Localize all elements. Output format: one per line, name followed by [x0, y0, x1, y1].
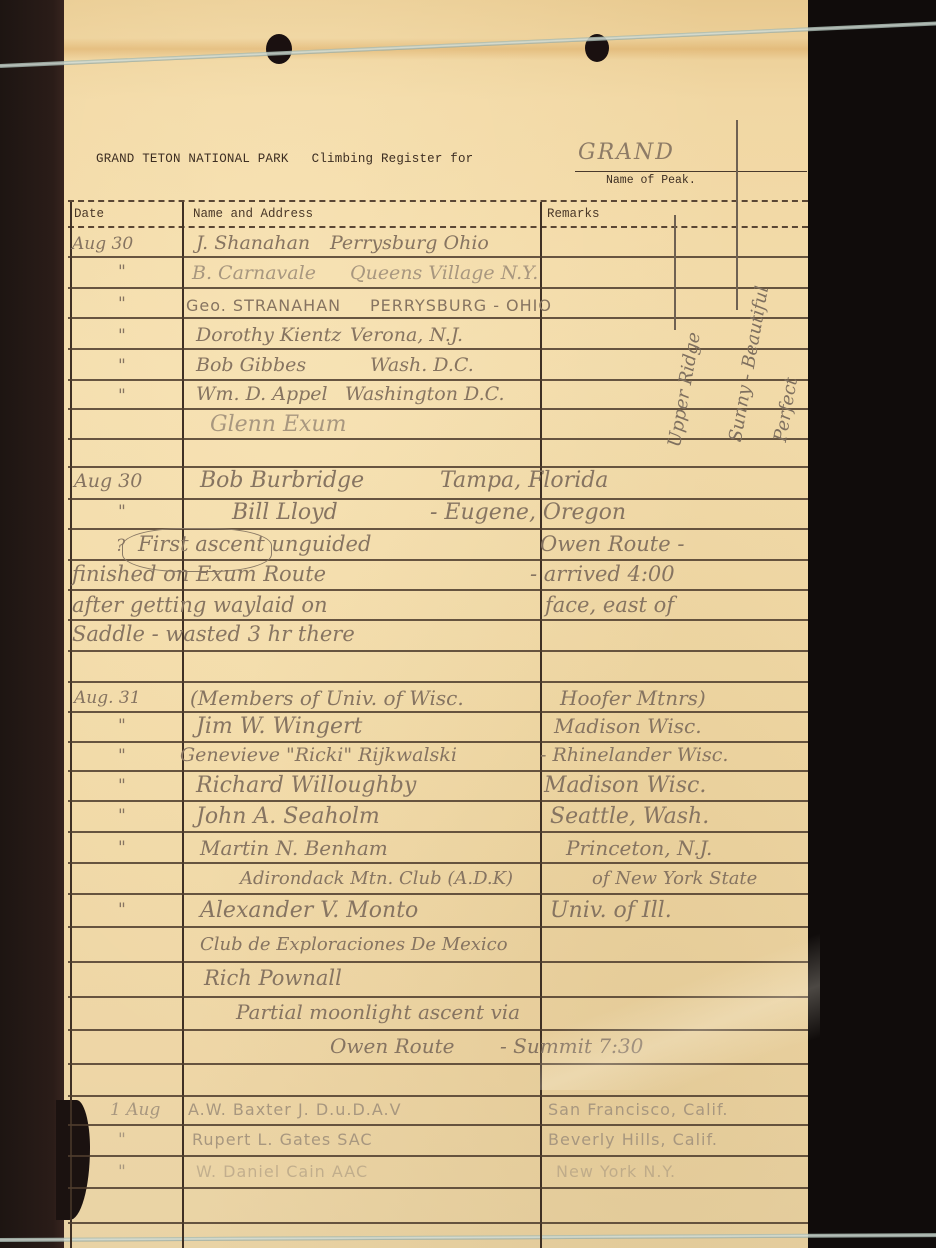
entry-name: Bob Burbridge [200, 468, 364, 493]
entry-address: Madison Wisc. [544, 773, 706, 798]
peak-caption: Name of Peak. [606, 174, 696, 187]
entry-date: " [118, 502, 126, 522]
entry-address: PERRYSBURG - OHIO [370, 296, 552, 315]
ruled-line [68, 317, 808, 319]
entry-address: Princeton, N.J. [566, 836, 712, 860]
entry-name: finished on Exum Route [72, 562, 326, 586]
entry-address: Seattle, Wash. [550, 804, 709, 829]
entry-name: Dorothy Kientz [196, 324, 341, 346]
ruled-line [68, 770, 808, 772]
ruled-line [68, 926, 808, 928]
entry-address: Wash. D.C. [370, 354, 474, 376]
entry-name: Alexander V. Monto [200, 898, 418, 923]
entry-address: Hoofer Mtnrs) [560, 686, 706, 710]
entry-address: - Rhinelander Wisc. [540, 744, 728, 766]
entry-date: Aug 30 [74, 470, 142, 492]
entry-name: Glenn Exum [210, 412, 346, 437]
column-line-remarks [540, 202, 542, 1248]
peak-name: GRAND [578, 140, 675, 165]
ruled-line [68, 1124, 808, 1126]
entry-date: " [118, 326, 126, 346]
entry-date: ? [116, 536, 125, 556]
ruled-line [68, 831, 808, 833]
ruled-line [68, 1187, 808, 1189]
entry-date: " [118, 262, 126, 282]
ruled-line [68, 893, 808, 895]
entry-address: Madison Wisc. [554, 714, 702, 738]
entry-name: after getting waylaid on [72, 593, 328, 617]
ruled-line [68, 438, 808, 440]
entry-date: " [118, 806, 126, 826]
entry-name: Wm. D. Appel [196, 383, 328, 405]
entry-name: J. Shanahan [196, 232, 310, 254]
ruled-line [68, 589, 808, 591]
ruled-line [68, 741, 808, 743]
ruled-line [68, 650, 808, 652]
peak-underline [575, 171, 807, 172]
entry-address: Washington D.C. [345, 383, 505, 405]
entry-date: " [118, 746, 126, 766]
entry-name: (Members of Univ. of Wisc. [190, 686, 464, 710]
entry-address: Univ. of Ill. [550, 898, 672, 923]
column-line-left [70, 202, 72, 1248]
entry-date: " [118, 356, 126, 376]
entry-date: " [118, 716, 126, 736]
entry-address: Verona, N.J. [350, 324, 463, 346]
entry-name: John A. Seaholm [196, 804, 380, 829]
entry-name: Rupert L. Gates SAC [192, 1130, 373, 1149]
column-header-remarks: Remarks [547, 207, 600, 221]
entry-name: Genevieve "Ricki" Rijkwalski [180, 744, 457, 766]
entry-address: Perrysburg Ohio [330, 232, 489, 254]
entry-name: A.W. Baxter J. D.u.D.A.V [188, 1100, 402, 1119]
entry-name: B. Carnavale [192, 262, 316, 284]
ruled-line [68, 408, 808, 410]
column-header-name-address: Name and Address [193, 207, 313, 221]
entry-name: Bob Gibbes [196, 354, 306, 376]
header-dash-top [68, 200, 808, 202]
entry-address: - arrived 4:00 [530, 562, 675, 586]
entry-address: Tampa, Florida [440, 468, 608, 493]
ruled-line [68, 1095, 808, 1097]
entry-date: " [118, 294, 126, 314]
entry-date: " [118, 900, 126, 920]
ruled-line [68, 379, 808, 381]
entry-name: Partial moonlight ascent via [236, 1000, 520, 1024]
entry-name: Jim W. Wingert [196, 714, 362, 739]
entry-name: W. Daniel Cain AAC [196, 1162, 368, 1181]
entry-name: Bill Lloyd [232, 500, 338, 525]
ruled-line [68, 681, 808, 683]
entry-name: Saddle - wasted 3 hr there [72, 622, 355, 646]
entry-address: face, east of [545, 593, 674, 617]
dark-background-right [806, 0, 936, 1248]
entry-name: Club de Exploraciones De Mexico [200, 934, 508, 955]
ruled-line [68, 256, 808, 258]
ruled-line [68, 800, 808, 802]
entry-date: " [118, 776, 126, 796]
glass-glare [540, 930, 820, 1090]
entry-address: Beverly Hills, Calif. [548, 1130, 718, 1149]
entry-name: Martin N. Benham [200, 836, 388, 860]
remark-bracket-line [736, 120, 738, 310]
dark-background-left [0, 0, 66, 1248]
entry-address: of New York State [592, 868, 757, 889]
entry-address: New York N.Y. [556, 1162, 676, 1181]
entry-name: First ascent unguided [138, 532, 371, 556]
ruled-line [68, 1222, 808, 1224]
column-header-date: Date [74, 207, 104, 221]
ruled-line [68, 1155, 808, 1157]
entry-name: Owen Route [330, 1034, 454, 1058]
entry-address: San Francisco, Calif. [548, 1100, 729, 1119]
register-label: Climbing Register for [312, 152, 474, 166]
entry-date: " [118, 1162, 126, 1182]
ruled-line [68, 862, 808, 864]
entry-address: Owen Route - [540, 532, 684, 556]
entry-name: Richard Willoughby [196, 773, 416, 798]
register-header: GRAND TETON NATIONAL PARK Climbing Regis… [96, 152, 473, 166]
entry-date: " [118, 838, 126, 858]
entry-date: 1 Aug [110, 1100, 160, 1120]
entry-date: " [118, 386, 126, 406]
ruled-line [68, 711, 808, 713]
entry-date: Aug 30 [72, 234, 133, 254]
park-title: GRAND TETON NATIONAL PARK [96, 152, 289, 166]
entry-name: Adirondack Mtn. Club (A.D.K) [240, 868, 513, 889]
header-dash-bottom [68, 226, 808, 228]
entry-name: Rich Pownall [204, 966, 342, 990]
ruled-line [68, 466, 808, 468]
entry-address: Queens Village N.Y. [350, 262, 538, 284]
remark-bracket-line [674, 215, 676, 330]
entry-date: " [118, 1130, 126, 1150]
punch-hole-left [266, 34, 292, 64]
entry-address: - Eugene, Oregon [430, 500, 626, 525]
entry-name: Geo. STRANAHAN [186, 296, 341, 315]
ruled-line [68, 619, 808, 621]
column-line-date [182, 202, 184, 1248]
entry-date: Aug. 31 [74, 688, 141, 708]
ruled-line [68, 287, 808, 289]
